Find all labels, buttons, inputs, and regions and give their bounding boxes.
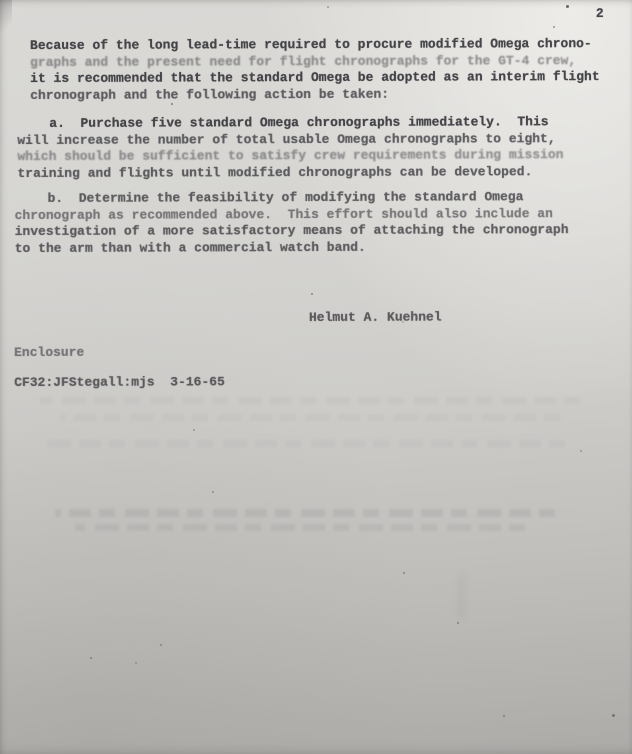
paper-speck: [171, 103, 173, 105]
paper-speck: [327, 6, 329, 8]
paragraph-intro: Because of the long lead-time required t…: [30, 36, 600, 104]
paper-speck: [457, 622, 459, 624]
paper-speck: [90, 657, 92, 659]
paper-smudge: [459, 572, 464, 618]
text-line: investigation of a more satisfactory mea…: [15, 222, 569, 241]
paper-speck: [553, 26, 555, 28]
paragraph-item-a: a. Purchase five standard Omega chronogr…: [17, 114, 563, 182]
bleed-through-text: [40, 397, 580, 404]
enclosure-note: Enclosure: [14, 345, 84, 362]
text-line: chronograph and the following action be …: [30, 86, 600, 105]
text-line: b. Determine the feasibility of modifyin…: [15, 189, 569, 208]
bleed-through-text: [60, 414, 560, 421]
paper-speck: [311, 293, 313, 295]
paper-speck: [503, 715, 505, 717]
bleed-through-text: [75, 524, 525, 531]
paper-speck: [160, 644, 162, 646]
typewritten-content: 2 Because of the long lead-time required…: [0, 0, 632, 754]
text-line: which should be sufficient to satisfy cr…: [17, 147, 563, 165]
bleed-through-text: [55, 509, 555, 517]
scanned-memo-page: 2 Because of the long lead-time required…: [0, 0, 632, 754]
paper-speck: [193, 429, 195, 431]
paper-speck: [612, 714, 615, 717]
signature-name: Helmut A. Kuehnel: [309, 310, 442, 327]
paper-speck: [566, 5, 569, 8]
text-line: Because of the long lead-time required t…: [30, 36, 600, 55]
paragraph-item-b: b. Determine the feasibility of modifyin…: [15, 189, 569, 257]
text-line: graphs and the present need for flight c…: [30, 53, 600, 72]
text-line: chronograph as recommended above. This e…: [15, 206, 569, 225]
paper-speck: [403, 572, 405, 574]
paper-speck: [402, 321, 404, 323]
page-number: 2: [596, 6, 604, 23]
text-line: will increase the number of total usable…: [17, 131, 563, 149]
text-line: training and flights until modified chro…: [17, 164, 563, 182]
paper-speck: [135, 662, 137, 664]
text-line: to the arm than with a commercial watch …: [15, 239, 569, 258]
text-line: a. Purchase five standard Omega chronogr…: [17, 114, 563, 132]
bleed-through-text: [45, 440, 565, 447]
reference-initials-line: CF32:JFStegall:mjs 3-16-65: [14, 374, 225, 391]
paper-speck: [580, 450, 582, 452]
paper-speck: [212, 491, 214, 493]
text-line: it is recommended that the standard Omeg…: [30, 69, 600, 88]
